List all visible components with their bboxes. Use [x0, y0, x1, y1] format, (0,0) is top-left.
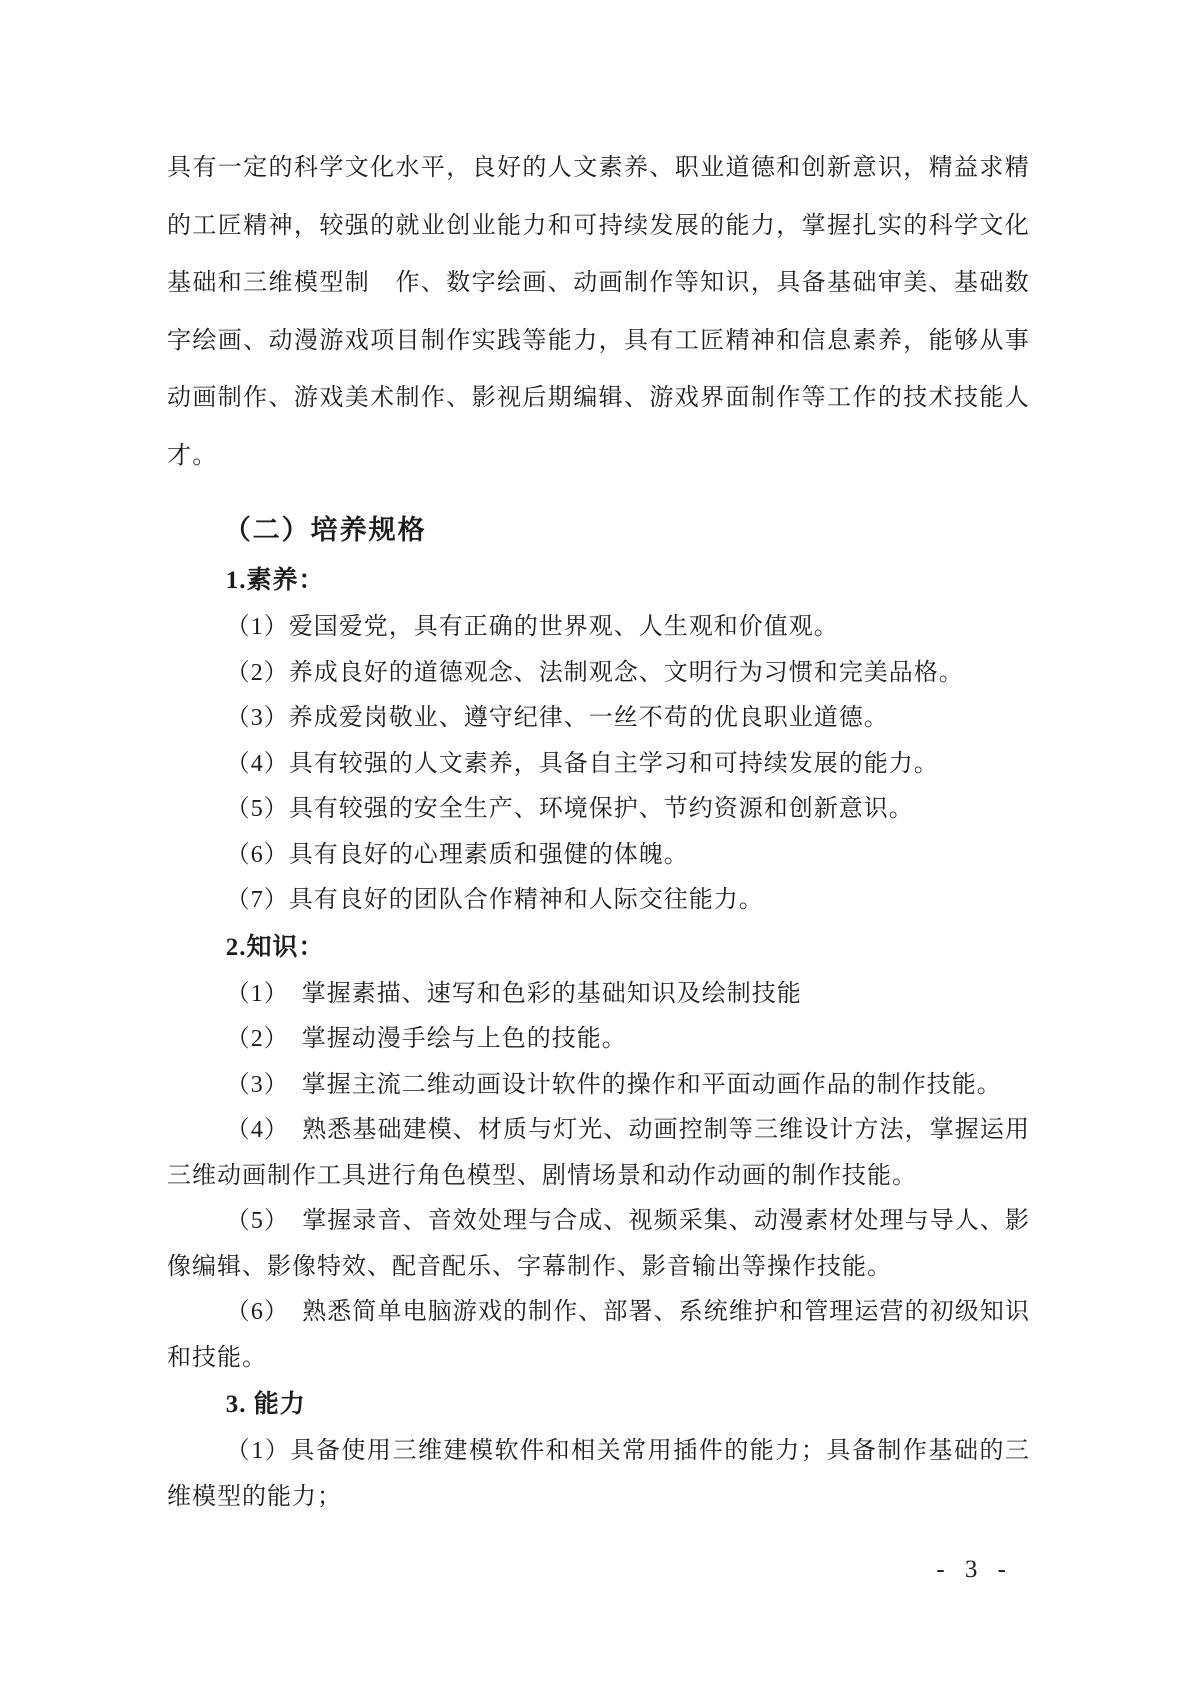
list-item-quality-7: （7）具有良好的团队合作精神和人际交往能力。 [167, 878, 1030, 924]
list-item-knowledge-5: （5） 掌握录音、音效处理与合成、视频采集、动漫素材处理与导人、影像编辑、影像特… [167, 1199, 1030, 1290]
list-item-knowledge-3: （3） 掌握主流二维动画设计软件的操作和平面动画作品的制作技能。 [167, 1063, 1030, 1109]
intro-paragraph: 具有一定的科学文化水平，良好的人文素养、职业道德和创新意识，精益求精的工匠精神，… [167, 140, 1030, 485]
subsection-heading-ability: 3. 能力 [167, 1383, 1030, 1427]
list-item-ability-1: （1）具备使用三维建模软件和相关常用插件的能力；具备制作基础的三维模型的能力； [167, 1429, 1030, 1520]
list-item-quality-2: （2）养成良好的道德观念、法制观念、文明行为习惯和完美品格。 [167, 651, 1030, 697]
list-item-knowledge-6: （6） 熟悉简单电脑游戏的制作、部署、系统维护和管理运营的初级知识和技能。 [167, 1290, 1030, 1381]
document-page: 具有一定的科学文化水平，良好的人文素养、职业道德和创新意识，精益求精的工匠精神，… [0, 0, 1191, 1684]
list-item-quality-1: （1）爱国爱党，具有正确的世界观、人生观和价值观。 [167, 605, 1030, 651]
list-item-quality-6: （6）具有良好的心理素质和强健的体魄。 [167, 833, 1030, 879]
subsection-heading-knowledge: 2.知识： [167, 926, 1030, 970]
section-heading: （二）培养规格 [167, 509, 1030, 551]
subsection-heading-quality: 1.素养： [167, 559, 1030, 603]
list-item-quality-5: （5）具有较强的安全生产、环境保护、节约资源和创新意识。 [167, 787, 1030, 833]
list-item-knowledge-1: （1） 掌握素描、速写和色彩的基础知识及绘制技能 [167, 972, 1030, 1018]
list-item-quality-3: （3）养成爱岗敬业、遵守纪律、一丝不苟的优良职业道德。 [167, 696, 1030, 742]
page-number: - 3 - [936, 1556, 1013, 1584]
list-item-knowledge-2: （2） 掌握动漫手绘与上色的技能。 [167, 1017, 1030, 1063]
list-item-knowledge-4: （4） 熟悉基础建模、材质与灯光、动画控制等三维设计方法，掌握运用三维动画制作工… [167, 1108, 1030, 1199]
list-item-quality-4: （4）具有较强的人文素养，具备自主学习和可持续发展的能力。 [167, 742, 1030, 788]
